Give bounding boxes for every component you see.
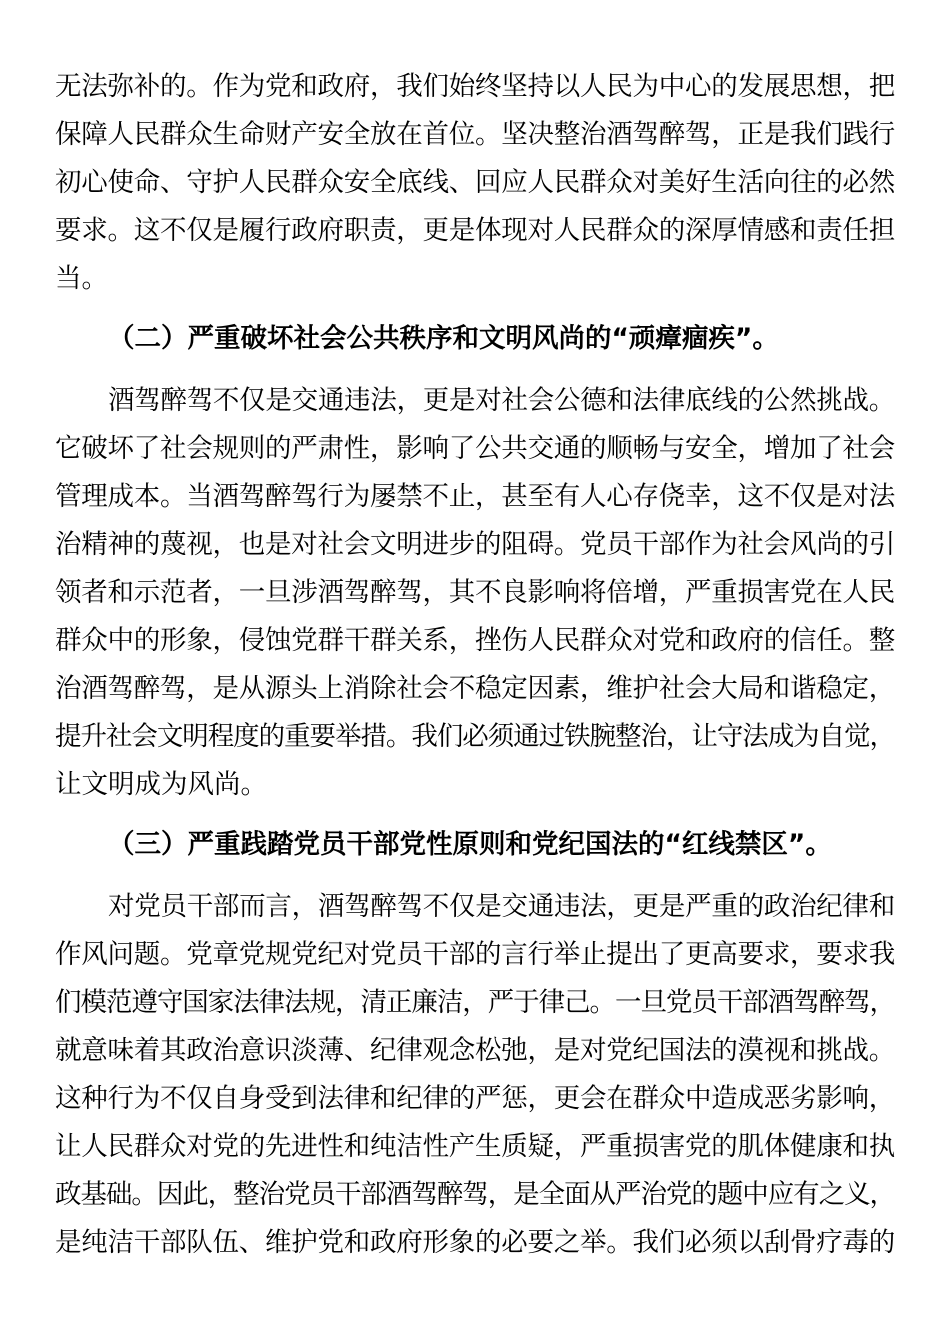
heading-line: （三）严重践踏党员干部党性原则和党纪国法的“红线禁区”。: [55, 821, 895, 869]
text-line: 无法弥补的。作为党和政府，我们始终坚持以人民为中心的发展思想，把: [55, 63, 895, 111]
text-line: 保障人民群众生命财产安全放在首位。坚决整治酒驾醉驾，正是我们践行: [55, 111, 895, 159]
text-line: 治酒驾醉驾，是从源头上消除社会不稳定因素，维护社会大局和谐稳定，: [55, 665, 895, 713]
text-line: 初心使命、守护人民群众安全底线、回应人民群众对美好生活向往的必然: [55, 159, 895, 207]
text-line: 酒驾醉驾不仅是交通违法，更是对社会公德和法律底线的公然挑战。: [55, 377, 895, 425]
text-line: 是纯洁干部队伍、维护党和政府形象的必要之举。我们必须以刮骨疗毒的: [55, 1219, 895, 1267]
heading-line: （二）严重破坏社会公共秩序和文明风尚的“顽瘴痼疾”。: [55, 315, 895, 363]
text-line: 领者和示范者，一旦涉酒驾醉驾，其不良影响将倍增，严重损害党在人民: [55, 569, 895, 617]
document-content: 无法弥补的。作为党和政府，我们始终坚持以人民为中心的发展思想，把保障人民群众生命…: [55, 63, 895, 1267]
text-line: 就意味着其政治意识淡薄、纪律观念松弛，是对党纪国法的漠视和挑战。: [55, 1027, 895, 1075]
text-line: 对党员干部而言，酒驾醉驾不仅是交通违法，更是严重的政治纪律和: [55, 883, 895, 931]
text-line: 让文明成为风尚。: [55, 761, 895, 809]
section-heading: （二）严重破坏社会公共秩序和文明风尚的“顽瘴痼疾”。: [55, 315, 895, 363]
text-line: 们模范遵守国家法律法规，清正廉洁，严于律己。一旦党员干部酒驾醉驾，: [55, 979, 895, 1027]
body-paragraph: 酒驾醉驾不仅是交通违法，更是对社会公德和法律底线的公然挑战。它破坏了社会规则的严…: [55, 377, 895, 809]
body-paragraph: 对党员干部而言，酒驾醉驾不仅是交通违法，更是严重的政治纪律和作风问题。党章党规党…: [55, 883, 895, 1267]
text-line: 当。: [55, 255, 895, 303]
body-paragraph: 无法弥补的。作为党和政府，我们始终坚持以人民为中心的发展思想，把保障人民群众生命…: [55, 63, 895, 303]
text-line: 这种行为不仅自身受到法律和纪律的严惩，更会在群众中造成恶劣影响，: [55, 1075, 895, 1123]
text-line: 管理成本。当酒驾醉驾行为屡禁不止，甚至有人心存侥幸，这不仅是对法: [55, 473, 895, 521]
section-heading: （三）严重践踏党员干部党性原则和党纪国法的“红线禁区”。: [55, 821, 895, 869]
text-line: 群众中的形象，侵蚀党群干群关系，挫伤人民群众对党和政府的信任。整: [55, 617, 895, 665]
text-line: 它破坏了社会规则的严肃性，影响了公共交通的顺畅与安全，增加了社会: [55, 425, 895, 473]
text-line: 提升社会文明程度的重要举措。我们必须通过铁腕整治，让守法成为自觉，: [55, 713, 895, 761]
text-line: 要求。这不仅是履行政府职责，更是体现对人民群众的深厚情感和责任担: [55, 207, 895, 255]
document-page: 无法弥补的。作为党和政府，我们始终坚持以人民为中心的发展思想，把保障人民群众生命…: [0, 0, 950, 1344]
text-line: 治精神的蔑视，也是对社会文明进步的阻碍。党员干部作为社会风尚的引: [55, 521, 895, 569]
text-line: 让人民群众对党的先进性和纯洁性产生质疑，严重损害党的肌体健康和执: [55, 1123, 895, 1171]
text-line: 作风问题。党章党规党纪对党员干部的言行举止提出了更高要求，要求我: [55, 931, 895, 979]
text-line: 政基础。因此，整治党员干部酒驾醉驾，是全面从严治党的题中应有之义，: [55, 1171, 895, 1219]
